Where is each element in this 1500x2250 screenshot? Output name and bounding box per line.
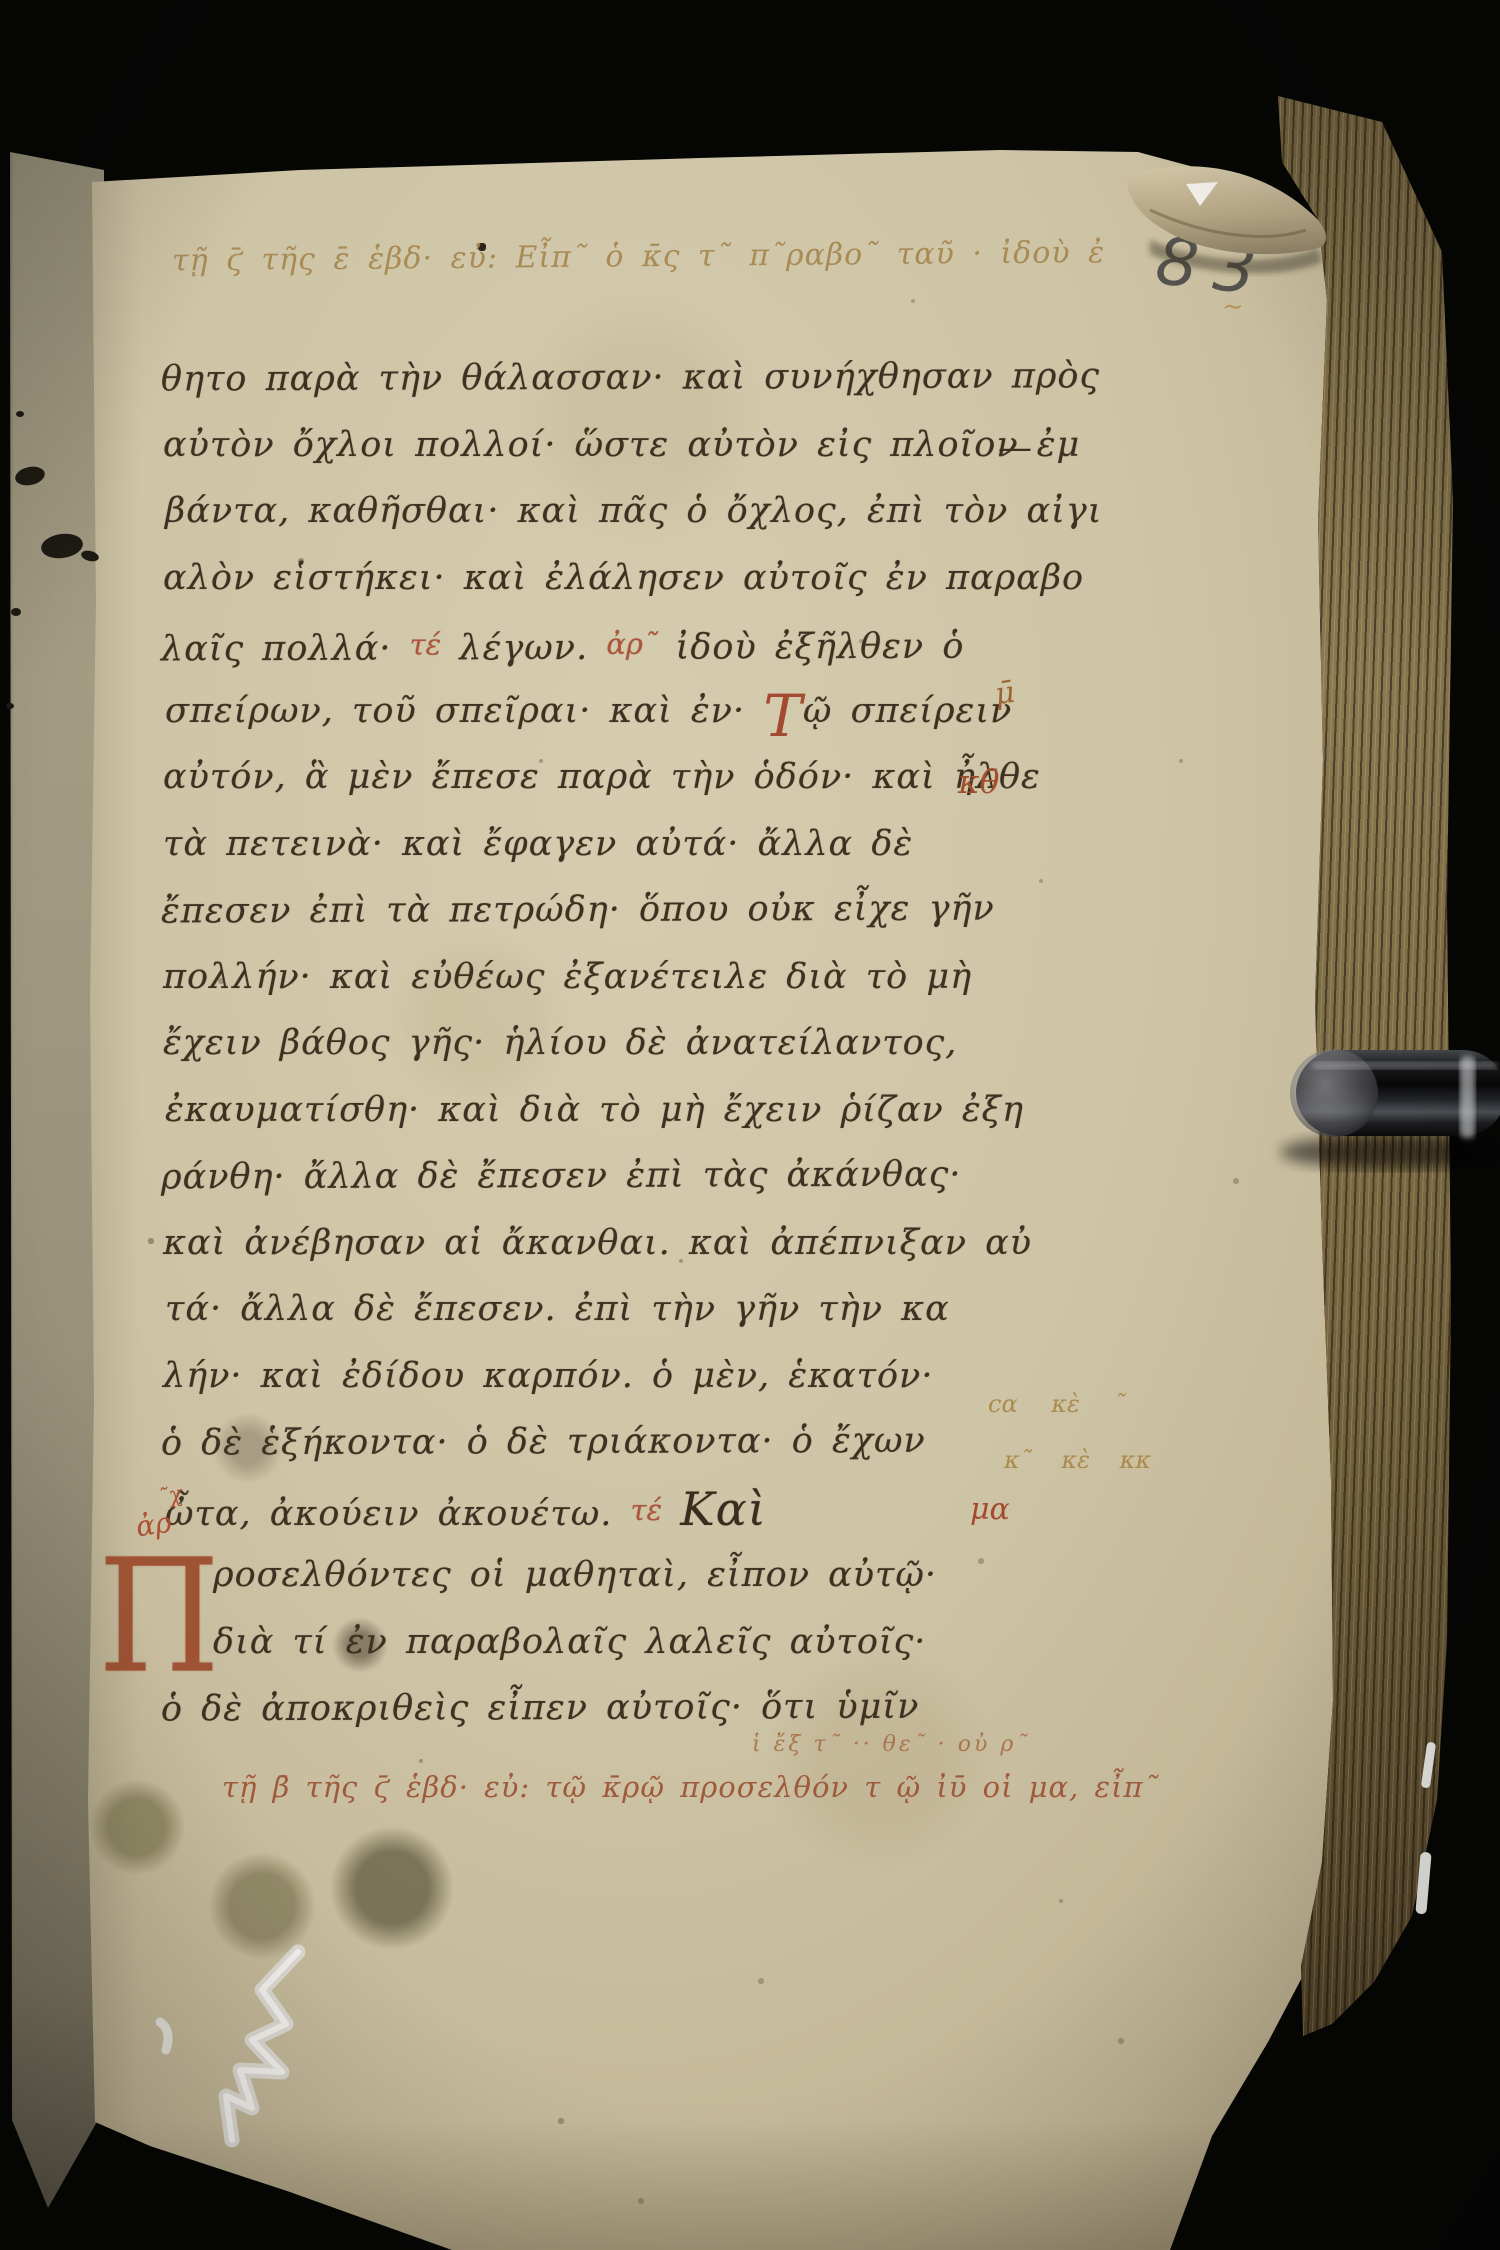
- text-segment: διὰ τί ἐν παραβολαῖς λαλεῖς αὐτοῖς·: [213, 1622, 926, 1662]
- text-line: ἔχειν βάθος γῆς· ἡλίου δὲ ἀνατείλαντος,: [163, 1013, 993, 1080]
- text-segment: ὁ δὲ ἀποκριθεὶς εἶπεν αὐτοῖς· ὅτι ὑμῖν: [161, 1687, 920, 1730]
- text-line: καὶ ἀνέβησαν αἱ ἄκανθαι. καὶ ἀπέπνιξαν α…: [163, 1213, 993, 1280]
- margin-line-filler-dash: —: [998, 428, 1032, 468]
- text-segment: τά· ἄλλα δὲ ἔπεσεν. ἐπὶ τὴν γῆν τὴν κα: [165, 1289, 950, 1329]
- text-segment: θητο παρὰ τὴν θάλασσαν· καὶ συνήχθησαν π…: [161, 356, 1100, 399]
- text-segment: ἐκαυματίσθη· καὶ διὰ τὸ μὴ ἔχειν ῥίζαν ἐ…: [165, 1090, 1024, 1130]
- text-line: λαῖς πολλά· τέ λέγων. ἀρ῀ ἰδοὺ ἐξῆλθεν ὁ: [161, 613, 991, 682]
- text-segment: καὶ ἀνέβησαν αἱ ἄκανθαι. καὶ ἀπέπνιξαν α…: [163, 1223, 1032, 1263]
- text-segment: ράνθη· ἄλλα δὲ ἔπεσεν ἐπὶ τὰς ἀκάνθας·: [161, 1155, 962, 1198]
- lectionary-rubric-top: τῇ ϛ̄ τῆς ε̄ ἑβδ· εὐ: Εἶπ῀ ὁ κ̄ς τ῀ π῀ρα…: [172, 237, 932, 279]
- text-segment: ὦτα, ἀκούειν ἀκουέτω.: [165, 1494, 631, 1534]
- rubric-interlinear-note: ἱ ἔξ τ῀ ·· θε῀ · οὐ ρ῀: [752, 1732, 1030, 1757]
- margin-canon-row-1: ϲα κὲ ῀: [988, 1390, 1126, 1418]
- text-segment: [662, 1494, 680, 1534]
- text-segment: σπείρων, τοῦ σπεῖραι· καὶ ἐν·: [165, 691, 763, 731]
- text-line: τὰ πετεινὰ· καὶ ἔφαγεν αὐτά· ἄλλα δὲ: [163, 814, 993, 881]
- text-line: ἐκαυματίσθη· καὶ διὰ τὸ μὴ ἔχειν ῥίζαν ἐ…: [165, 1080, 995, 1147]
- text-segment: αὐτόν, ἃ μὲν ἔπεσε παρὰ τὴν ὁδόν· καὶ ἦλ…: [163, 757, 1041, 797]
- margin-canon-row-2: κ῀ κὲ κκ: [1004, 1446, 1151, 1474]
- text-line: ροσελθόντες οἱ μαθηταὶ, εἶπον αὐτῷ·: [163, 1545, 993, 1612]
- text-line: λήν· καὶ ἐδίδου καρπόν. ὁ μὲν, ἑκατόν·: [163, 1346, 993, 1413]
- text-line: πολλήν· καὶ εὐθέως ἐξανέτειλε διὰ τὸ μὴ: [163, 947, 993, 1014]
- rubric-mark: τέ: [631, 1493, 663, 1527]
- manuscript-photo: τῇ ϛ̄ τῆς ε̄ ἑβδ· εὐ: Εἶπ῀ ὁ κ̄ς τ῀ π῀ρα…: [0, 0, 1500, 2250]
- text-segment: ἔπεσεν ἐπὶ τὰ πετρώδη· ὅπου οὐκ εἶχε γῆν: [161, 889, 995, 932]
- text-segment: λαῖς πολλά·: [161, 629, 410, 670]
- margin-chapter-number: κθ̄: [958, 762, 1000, 801]
- folio-number: 83: [1152, 222, 1275, 311]
- text-segment: ροσελθόντες οἱ μαθηταὶ, εἶπον αὐτῷ·: [213, 1555, 937, 1595]
- text-line: ὦτα, ἀκούειν ἀκουέτω. τέ Καὶ: [165, 1479, 995, 1546]
- text-segment: ἔχειν βάθος γῆς· ἡλίου δὲ ἀνατείλαντος,: [163, 1023, 957, 1063]
- text-line: ὁ δὲ ἑξήκοντα· ὁ δὲ τριάκοντα· ὁ ἔχων: [161, 1411, 991, 1480]
- text-line: θητο παρὰ τὴν θάλασσαν· καὶ συνήχθησαν π…: [161, 347, 991, 416]
- text-segment: πολλήν· καὶ εὐθέως ἐξανέτειλε διὰ τὸ μὴ: [163, 957, 972, 997]
- parchment-page: τῇ ϛ̄ τῆς ε̄ ἑβδ· εὐ: Εἶπ῀ ὁ κ̄ς τ῀ π῀ρα…: [0, 0, 1500, 2250]
- text-segment: ῷ σπείρειν: [803, 691, 1012, 731]
- dirt-specks: [0, 0, 2, 2]
- text-line: αὐτόν, ἃ μὲν ἔπεσε παρὰ τὴν ὁδόν· καὶ ἦλ…: [163, 747, 993, 814]
- lectionary-rubric-bottom: τῇ β̄ τῆς ϛ̄ ἑβδ· εὐ: τῷ κ̄ρῷ προσελθόν …: [222, 1770, 1159, 1804]
- text-line: τά· ἄλλα δὲ ἔπεσεν. ἐπὶ τὴν γῆν τὴν κα: [165, 1279, 995, 1346]
- text-line: διὰ τί ἐν παραβολαῖς λαλεῖς αὐτοῖς·: [163, 1612, 993, 1679]
- text-segment: Καὶ: [680, 1482, 766, 1536]
- margin-note-ma: μα: [970, 1492, 1010, 1527]
- text-segment: τὰ πετεινὰ· καὶ ἔφαγεν αὐτά· ἄλλα δὲ: [163, 824, 913, 864]
- rubric-mark: τέ: [410, 627, 442, 661]
- margin-arche-mark: ἀρ: [134, 1506, 174, 1544]
- text-segment: λέγων.: [441, 628, 606, 669]
- text-line: βάντα, καθῆσθαι· καὶ πᾶς ὁ ὄχλος, ἐπὶ τὸ…: [165, 481, 995, 548]
- text-segment: αὐτὸν ὄχλοι πολλοί· ὥστε αὐτὸν εἰς πλοῖο…: [163, 425, 1080, 465]
- drop-cap-pi: Π: [98, 1540, 220, 1697]
- text-segment: ἰδοὺ ἐξῆλθεν ὁ: [657, 627, 964, 668]
- text-segment: αλὸν εἱστήκει· καὶ ἐλάλησεν αὐτοῖς ἐν πα…: [163, 558, 1084, 598]
- text-line: ἔπεσεν ἐπὶ τὰ πετρώδη· ὅπου οὐκ εἶχε γῆν: [161, 879, 991, 948]
- text-block: θητο παρὰ τὴν θάλασσαν· καὶ συνήχθησαν π…: [163, 348, 993, 1745]
- inline-initial: Τ: [763, 682, 803, 750]
- text-line: αλὸν εἱστήκει· καὶ ἐλάλησεν αὐτοῖς ἐν πα…: [163, 548, 993, 615]
- text-line: ράνθη· ἄλλα δὲ ἔπεσεν ἐπὶ τὰς ἀκάνθας·: [161, 1145, 991, 1214]
- text-segment: βάντα, καθῆσθαι· καὶ πᾶς ὁ ὄχλος, ἐπὶ τὸ…: [165, 491, 1102, 531]
- margin-note-mu: μ̄: [993, 675, 1017, 712]
- folio-squiggle: ∼: [1222, 292, 1244, 322]
- rubric-mark: ἀρ῀: [606, 627, 657, 661]
- text-line: σπείρων, τοῦ σπεῖραι· καὶ ἐν· Τῷ σπείρει…: [165, 681, 995, 748]
- text-segment: λήν· καὶ ἐδίδου καρπόν. ὁ μὲν, ἑκατόν·: [163, 1356, 933, 1396]
- text-segment: ὁ δὲ ἑξήκοντα· ὁ δὲ τριάκοντα· ὁ ἔχων: [161, 1421, 926, 1464]
- text-line: αὐτὸν ὄχλοι πολλοί· ὥστε αὐτὸν εἰς πλοῖο…: [163, 415, 993, 482]
